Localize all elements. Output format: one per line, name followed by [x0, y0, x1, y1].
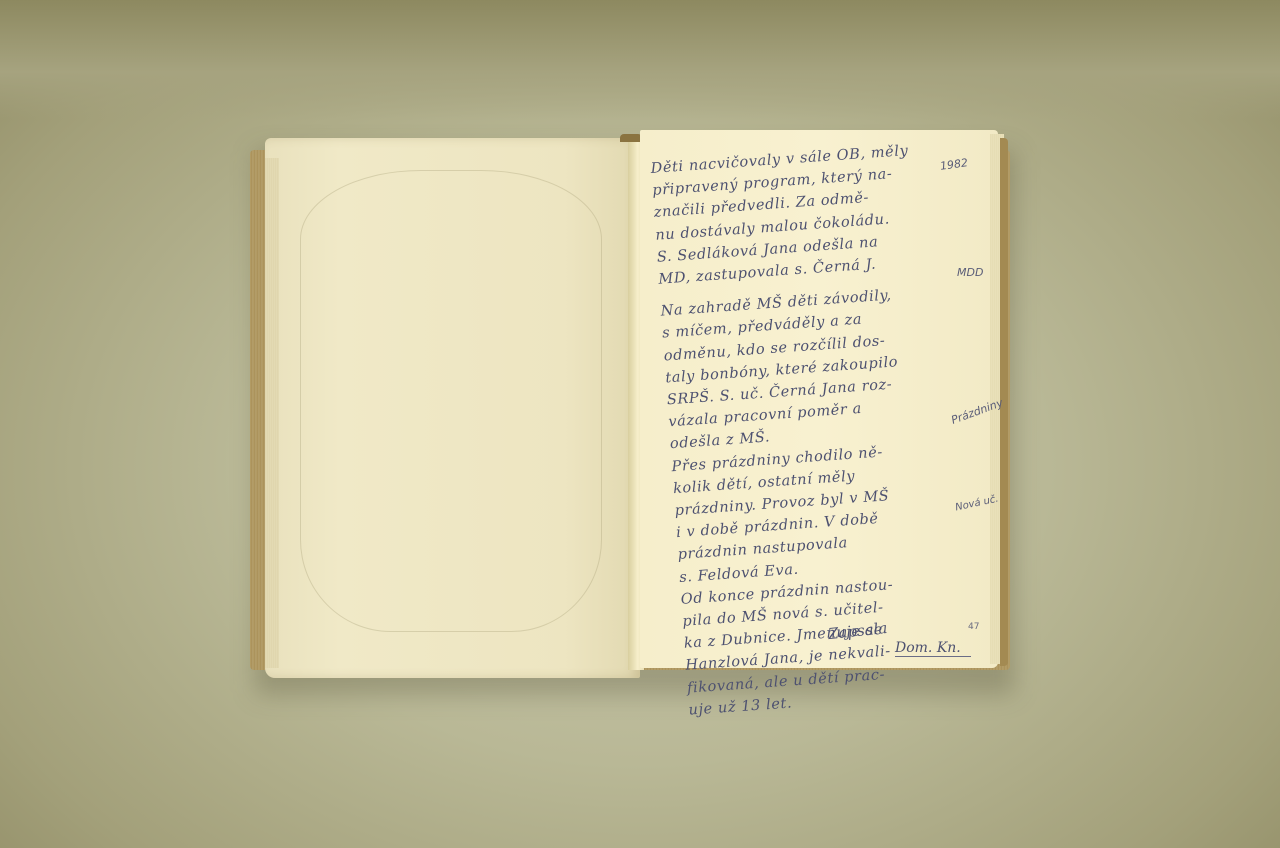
- handwritten-entry: Děti nacvičovaly v sále OB, měly připrav…: [650, 137, 989, 722]
- backdrop: [0, 0, 1280, 120]
- margin-note-mdd: MDD: [957, 266, 983, 279]
- bookmark-tab: [620, 134, 642, 142]
- page-number: 47: [968, 622, 979, 632]
- left-page-faint-bleedthrough: [300, 170, 602, 632]
- signature: Dom. Kn.: [895, 640, 971, 657]
- left-page-edges: [265, 158, 279, 668]
